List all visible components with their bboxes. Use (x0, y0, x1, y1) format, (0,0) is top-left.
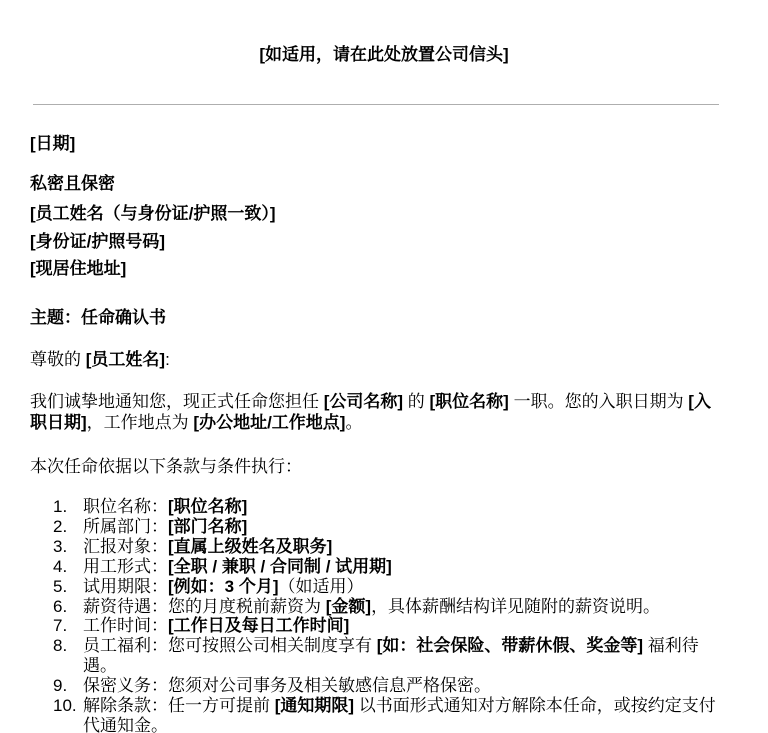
terms-list-item: 3.汇报对象：[直属上级姓名及职务] (30, 537, 722, 557)
opening-paragraph: 我们诚挚地通知您，现正式任命您担任 [公司名称] 的 [职位名称] 一职。您的入… (30, 391, 722, 433)
terms-list-item: 5.试用期限：[例如：3 个月]（如适用） (30, 577, 722, 597)
placeholder-field: [工作日及每日工作时间] (168, 616, 349, 635)
text-run: 员工福利：您可按照公司相关制度享有 (83, 636, 377, 655)
list-item-number: 2. (53, 517, 83, 537)
list-item-number: 4. (53, 557, 83, 577)
placeholder-field: [办公地址/工作地点] (193, 413, 345, 432)
list-item-number: 9. (53, 676, 83, 696)
text-run: （如适用） (279, 577, 364, 596)
text-run: 解除条款：任一方可提前 (83, 696, 275, 715)
text-run: 试用期限： (83, 577, 168, 596)
list-item-number: 10. (53, 696, 83, 716)
placeholder-field: [部门名称] (168, 517, 247, 536)
terms-list-item: 8.员工福利：您可按照公司相关制度享有 [如：社会保险、带薪休假、奖金等] 福利… (30, 636, 722, 676)
text-run: : (165, 350, 170, 369)
horizontal-divider (33, 104, 719, 105)
text-run: 职位名称： (83, 497, 168, 516)
text-run: 工作时间： (83, 616, 168, 635)
placeholder-field: [金额] (326, 597, 371, 616)
list-item-number: 6. (53, 597, 83, 617)
placeholder-field: [直属上级姓名及职务] (168, 537, 332, 556)
letterhead-placeholder: [如适用，请在此处放置公司信头] (0, 0, 768, 65)
placeholder-field: [职位名称] (168, 497, 247, 516)
document-page: [如适用，请在此处放置公司信头] [日期] 私密且保密 [员工姓名（与身份证/护… (0, 0, 768, 733)
placeholder-field: [员工姓名] (86, 350, 165, 369)
placeholder-field: [例如：3 个月] (168, 577, 279, 596)
placeholder-field: [全职 / 兼职 / 合同制 / 试用期] (168, 557, 392, 576)
list-item-text: 汇报对象：[直属上级姓名及职务] (83, 537, 722, 557)
text-run: 的 (403, 392, 429, 411)
list-item-text: 用工形式：[全职 / 兼职 / 合同制 / 试用期] (83, 557, 722, 577)
placeholder-field: [职位名称] (430, 392, 509, 411)
placeholder-field: [通知期限] (275, 696, 354, 715)
terms-list: 1.职位名称：[职位名称]2.所属部门：[部门名称]3.汇报对象：[直属上级姓名… (30, 497, 722, 733)
salutation-line: 尊敬的 [员工姓名]: (30, 349, 722, 370)
text-run: 我们诚挚地通知您，现正式任命您担任 (30, 392, 324, 411)
list-item-text: 薪资待遇：您的月度税前薪资为 [金额]，具体薪酬结构详见随附的薪资说明。 (83, 597, 722, 617)
text-run: 用工形式： (83, 557, 168, 576)
confidential-label: 私密且保密 (30, 173, 722, 194)
placeholder-field: [公司名称] (324, 392, 403, 411)
terms-intro-line: 本次任命依据以下条款与条件执行： (30, 456, 722, 477)
text-run: 薪资待遇：您的月度税前薪资为 (83, 597, 326, 616)
placeholder-field: [如：社会保险、带薪休假、奖金等] (377, 636, 643, 655)
terms-list-item: 1.职位名称：[职位名称] (30, 497, 722, 517)
list-item-text: 试用期限：[例如：3 个月]（如适用） (83, 577, 722, 597)
list-item-number: 1. (53, 497, 83, 517)
terms-list-item: 9.保密义务：您须对公司事务及相关敏感信息严格保密。 (30, 676, 722, 696)
text-run: 汇报对象： (83, 537, 168, 556)
list-item-text: 保密义务：您须对公司事务及相关敏感信息严格保密。 (83, 676, 722, 696)
text-run: ，具体薪酬结构详见随附的薪资说明。 (371, 597, 660, 616)
list-item-text: 解除条款：任一方可提前 [通知期限] 以书面形式通知对方解除本任命，或按约定支付… (83, 696, 722, 733)
terms-list-item: 4.用工形式：[全职 / 兼职 / 合同制 / 试用期] (30, 557, 722, 577)
list-item-number: 8. (53, 636, 83, 656)
recipient-id-line: [身份证/护照号码] (30, 231, 722, 252)
terms-list-item: 6.薪资待遇：您的月度税前薪资为 [金额]，具体薪酬结构详见随附的薪资说明。 (30, 597, 722, 617)
list-item-text: 员工福利：您可按照公司相关制度享有 [如：社会保险、带薪休假、奖金等] 福利待遇… (83, 636, 722, 676)
list-item-text: 职位名称：[职位名称] (83, 497, 722, 517)
recipient-address-line: [现居住地址] (30, 258, 722, 279)
date-placeholder: [日期] (30, 133, 722, 154)
list-item-number: 5. (53, 577, 83, 597)
text-run: 保密义务：您须对公司事务及相关敏感信息严格保密。 (83, 676, 491, 695)
terms-list-item: 2.所属部门：[部门名称] (30, 517, 722, 537)
terms-list-item: 7.工作时间：[工作日及每日工作时间] (30, 616, 722, 636)
text-run: ，工作地点为 (87, 413, 194, 432)
text-run: 尊敬的 (30, 350, 86, 369)
text-run: 所属部门： (83, 517, 168, 536)
terms-list-item: 10.解除条款：任一方可提前 [通知期限] 以书面形式通知对方解除本任命，或按约… (30, 696, 722, 733)
text-run: 。 (345, 413, 362, 432)
subject-line: 主题：任命确认书 (30, 307, 722, 328)
list-item-number: 3. (53, 537, 83, 557)
recipient-name-line: [员工姓名（与身份证/护照一致）] (30, 203, 722, 224)
list-item-text: 所属部门：[部门名称] (83, 517, 722, 537)
text-run: 一职。您的入职日期为 (509, 392, 688, 411)
list-item-text: 工作时间：[工作日及每日工作时间] (83, 616, 722, 636)
list-item-number: 7. (53, 616, 83, 636)
